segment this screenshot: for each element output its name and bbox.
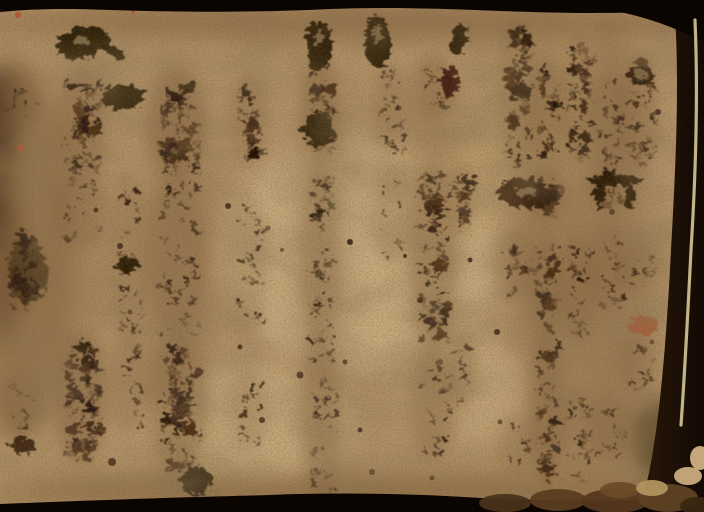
parchment-grain-texture [0,6,696,507]
ancient-manuscript-photo [0,0,704,512]
manuscript-scene [0,0,704,512]
